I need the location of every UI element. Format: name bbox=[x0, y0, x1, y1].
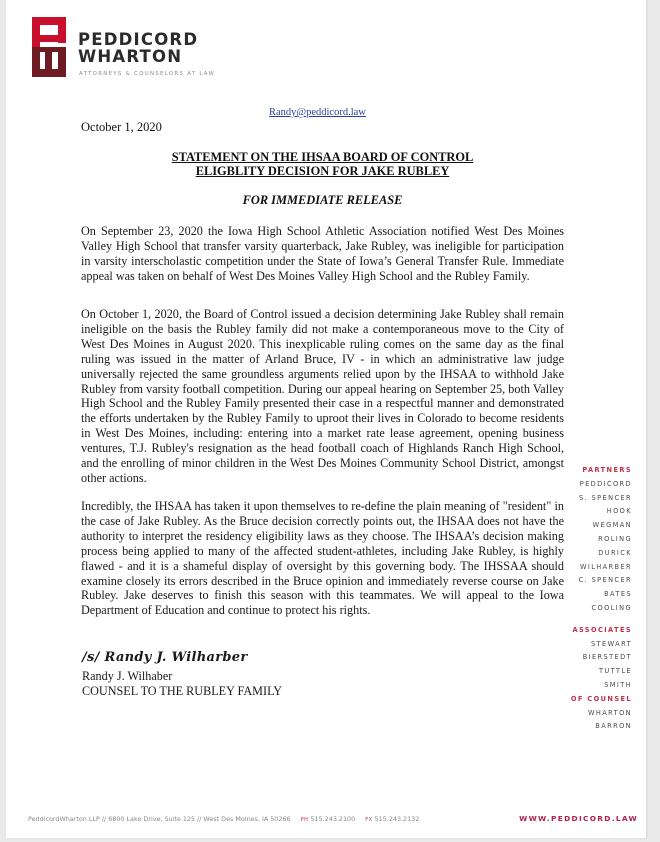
partner-name: BATES bbox=[571, 588, 632, 602]
paragraph-1: On September 23, 2020 the Iowa High Scho… bbox=[81, 224, 564, 284]
associate-name: STEWART bbox=[571, 638, 632, 652]
paragraph-2: On October 1, 2020, the Board of Control… bbox=[81, 307, 564, 486]
partner-name: S. SPENCER bbox=[571, 492, 632, 506]
partner-name: DURICK bbox=[571, 547, 632, 561]
phone-label: PH bbox=[301, 817, 309, 823]
partner-name: WEGMAN bbox=[571, 519, 632, 533]
partner-name: COOLING bbox=[571, 602, 632, 616]
letter-date: October 1, 2020 bbox=[81, 120, 162, 135]
partner-name: ROLING bbox=[571, 533, 632, 547]
signer-name: Randy J. Wilhaber bbox=[82, 669, 172, 684]
signature-script: /s/ Randy J. Wilharber bbox=[82, 650, 247, 665]
letter-footer: PeddicordWharton LLP // 6800 Lake Drive,… bbox=[28, 815, 638, 823]
email-link[interactable]: Randy@peddicord.law bbox=[269, 107, 366, 118]
footer-fax: 515.243.2132 bbox=[375, 815, 420, 823]
fax-label: FX bbox=[365, 817, 372, 823]
firm-tagline: ATTORNEYS & COUNSELORS AT LAW bbox=[79, 71, 215, 77]
partner-name: C. SPENCER bbox=[571, 574, 632, 588]
title-line2: ELIGBLITY DECISION FOR JAKE RUBLEY bbox=[196, 164, 450, 178]
associate-name: BIERSTEDT bbox=[571, 651, 632, 665]
footer-address: PeddicordWharton LLP // 6800 Lake Drive,… bbox=[28, 815, 291, 823]
of-counsel-name: WHARTON bbox=[571, 707, 632, 721]
attorney-roster: PARTNERS PEDDICORD S. SPENCER HOOK WEGMA… bbox=[571, 464, 632, 734]
of-counsel-heading: OF COUNSEL bbox=[571, 693, 632, 707]
partner-name: HOOK bbox=[571, 505, 632, 519]
partner-name: WILHARBER bbox=[571, 561, 632, 575]
paragraph-3: Incredibly, the IHSAA has taken it upon … bbox=[81, 499, 564, 618]
title-line1: STATEMENT ON THE IHSAA BOARD OF CONTROL bbox=[172, 150, 474, 164]
letter-page: PEDDICORD WHARTON ATTORNEYS & COUNSELORS… bbox=[6, 0, 646, 838]
firm-name: PEDDICORD WHARTON bbox=[78, 31, 198, 65]
release-notice: FOR IMMEDIATE RELEASE bbox=[81, 193, 564, 208]
of-counsel-name: BARRON bbox=[571, 720, 632, 734]
partner-name: PEDDICORD bbox=[571, 478, 632, 492]
statement-title: STATEMENT ON THE IHSAA BOARD OF CONTROL … bbox=[81, 150, 564, 178]
firm-name-line1: PEDDICORD bbox=[78, 31, 198, 48]
associate-name: SMITH bbox=[571, 679, 632, 693]
partners-heading: PARTNERS bbox=[571, 464, 632, 478]
associates-heading: ASSOCIATES bbox=[571, 624, 632, 638]
footer-phone: 515.243.2100 bbox=[310, 815, 355, 823]
signer-role: COUNSEL TO THE RUBLEY FAMILY bbox=[82, 684, 282, 699]
website-link[interactable]: WWW.PEDDICORD.LAW bbox=[519, 814, 638, 823]
firm-name-line2: WHARTON bbox=[78, 48, 198, 65]
pw-monogram-icon bbox=[32, 17, 66, 77]
associate-name: TUTTLE bbox=[571, 665, 632, 679]
